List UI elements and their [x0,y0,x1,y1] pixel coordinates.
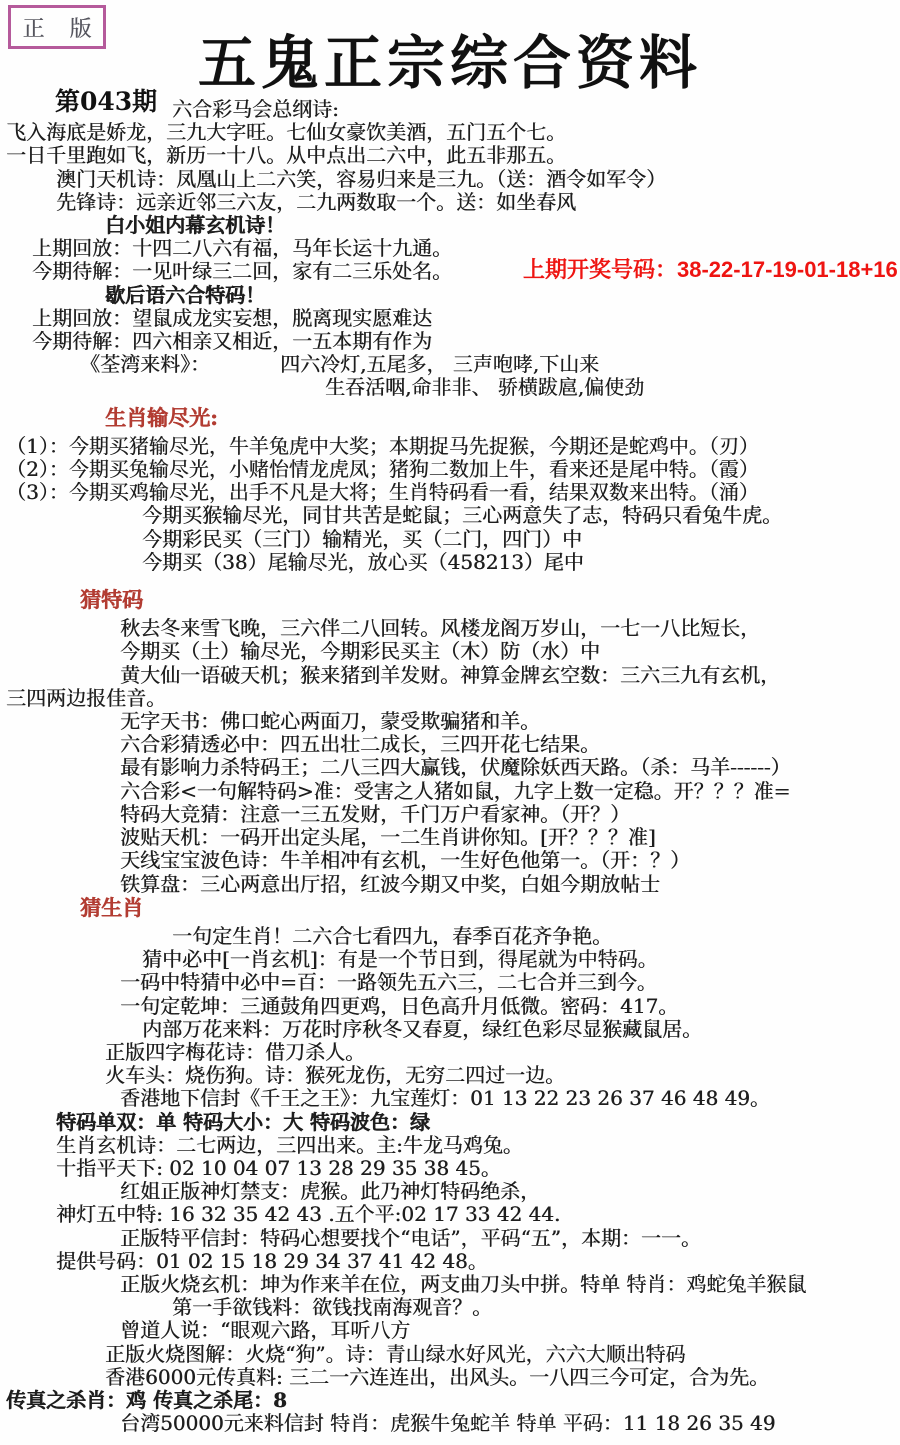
text-line: 一句定乾坤：三通鼓角四更鸡，日色高升月低微。密码：417。 [0,995,900,1018]
text-line: 上期回放：望鼠成龙实妄想，脱离现实愿难达 [0,307,900,330]
text-line: 六合彩猜透必中：四五出壮二成长，三四开花七结果。 [0,733,900,756]
text-line: 今期买（土）输尽光，今期彩民买主（木）防（水）中 [0,640,900,663]
text-line: 今期买猴输尽光，同甘共苦是蛇鼠；三心两意失了志，特码只看兔牛虎。 [0,504,900,527]
text-line: 三四两边报佳音。 [0,687,900,710]
content-lines: 六合彩马会总纲诗:飞入海底是娇龙，三九大字旺。七仙女豪饮美酒，五门五个七。一日千… [0,98,900,1435]
text-line: （3）：今期买鸡输尽光，出手不凡是大将；生肖特码看一看，结果双数来出特。（涌） [0,481,900,504]
section-heading: 生肖输尽光: [0,406,900,429]
text-line: 黄大仙一语破天机；猴来猪到羊发财。神算金牌玄空数：三六三九有玄机， [0,664,900,687]
text-line: 白小姐内幕玄机诗！ [0,214,900,237]
text-line: （1）：今期买猪输尽光，牛羊兔虎中大奖；本期捉马先捉猴，今期还是蛇鸡中。（刃） [0,435,900,458]
text-line: 第一手欲钱料：欲钱找南海观音？。 [0,1296,900,1319]
text-line: 一日千里跑如飞，新历一十八。从中点出二六中，此五非那五。 [0,144,900,167]
text-line: 上期回放：十四二八六有福，马年长运十九通。 [0,237,900,260]
text-line: 提供号码：01 02 15 18 29 34 37 41 42 48。 [0,1250,900,1273]
text-line: 正版特平信封：特码心想要找个“电话”，平码“五”，本期：一一。 [0,1227,900,1250]
text-line: 生肖玄机诗：二七两边，三四出来。主:牛龙马鸡兔。 [0,1134,900,1157]
text-line: 今期买（38）尾输尽光，放心买（458213）尾中 [0,551,900,574]
text-line: 波贴天机：一码开出定头尾，一二生肖讲你知。[开？？？准] [0,826,900,849]
text-line: 火车头：烧伤狗。诗：猴死龙伤，无穷二四过一边。 [0,1064,900,1087]
text-line: 今期彩民买（三门）输精光，买（二门，四门）中 [0,528,900,551]
text-line: 秋去冬来雪飞晚，三六伴二八回转。风楼龙阁万岁山，一七一八比短长， [0,617,900,640]
section-heading: 猜生肖 [0,896,900,919]
text-line: 无字天书：佛口蛇心两面刀，蒙受欺骗猪和羊。 [0,710,900,733]
text-line: 歇后语六合特码！ [0,284,900,307]
text-line: 红姐正版神灯禁支：虎猴。此乃神灯特码绝杀， [0,1180,900,1203]
text-line: 正版火烧玄机：坤为作来羊在位，两支曲刀头中拼。特单 特肖：鸡蛇兔羊猴鼠 [0,1273,900,1296]
text-line: 十指平天下: 02 10 04 07 13 28 29 35 38 45。 [0,1157,900,1180]
text-line: 六合彩马会总纲诗: [0,98,900,121]
text-line: 《荃湾来料》： 四六冷灯,五尾多， 三声咆哮,下山来 [0,353,900,376]
page: 正 版 五鬼正宗综合资料 第043期 上期开奖号码：38-22-17-19-01… [0,0,900,1445]
text-line: 天线宝宝波色诗：牛羊相冲有玄机，一生好色他第一。（开：？） [0,849,900,872]
text-line: 曾道人说：“眼观六路，耳听八方 [0,1319,900,1342]
text-line: 今期待解：四六相亲又相近，一五本期有作为 [0,330,900,353]
text-line: 铁算盘：三心两意出厅招，红波今期又中奖，白姐今期放帖士 [0,873,900,896]
text-line: 台湾50000元来料信封 特肖：虎猴牛兔蛇羊 特单 平码：11 18 26 35… [0,1412,900,1435]
text-line: 一句定生肖！二六合七看四九，春季百花齐争艳。 [0,925,900,948]
text-line: 一码中特猜中必中=百：一路领先五六三，二七合并三到今。 [0,971,900,994]
text-line: 内部万花来料：万花时序秋冬又春夏，绿红色彩尽显猴藏鼠居。 [0,1018,900,1041]
text-line: 特码大竞猜：注意一三五发财，千门万户看家神。（开？） [0,803,900,826]
text-line: 飞入海底是娇龙，三九大字旺。七仙女豪饮美酒，五门五个七。 [0,121,900,144]
text-line: 正版火烧图解：火烧“狗”。诗：青山绿水好风光，六六大顺出特码 [0,1343,900,1366]
text-line: 传真之杀肖：鸡 传真之杀尾：8 [0,1389,900,1412]
text-line: 澳门天机诗：凤凰山上二六笑，容易归来是三九。（送：酒令如军令） [0,168,900,191]
text-line: 特码单双：单 特码大小：大 特码波色：绿 [0,1111,900,1134]
text-line: 今期待解：一见叶绿三二回，家有二三乐处名。 [0,260,900,283]
text-line: 生吞活咽,命非非、 骄横跋扈,偏使劲 [0,376,900,399]
section-heading: 猜特码 [0,588,900,611]
text-line: （2）：今期买兔输尽光，小赌怡情龙虎凤；猪狗二数加上牛，看来还是尾中特。（霞） [0,458,900,481]
text-line: 六合彩<一句解特码>准：受害之人猪如鼠，九字上数一定稳。开？？？准= [0,780,900,803]
text-line: 香港地下信封《千王之王》：九宝莲灯：01 13 22 23 26 37 46 4… [0,1087,900,1110]
text-line: 香港6000元传真料: 三二一六连连出，出风头。一八四三今可定，合为先。 [0,1366,900,1389]
text-line: 神灯五中特: 16 32 35 42 43 .五个平:02 17 33 42 4… [0,1203,900,1226]
text-line: 先锋诗：远亲近邻三六友，二九两数取一个。送：如坐春风 [0,191,900,214]
text-line: 最有影响力杀特码王；二八三四大赢钱，伏魔除妖西天路。（杀：马羊------） [0,756,900,779]
text-line: 猜中必中[一肖玄机]：有是一个节日到，得尾就为中特码。 [0,948,900,971]
text-line: 正版四字梅花诗：借刀杀人。 [0,1041,900,1064]
